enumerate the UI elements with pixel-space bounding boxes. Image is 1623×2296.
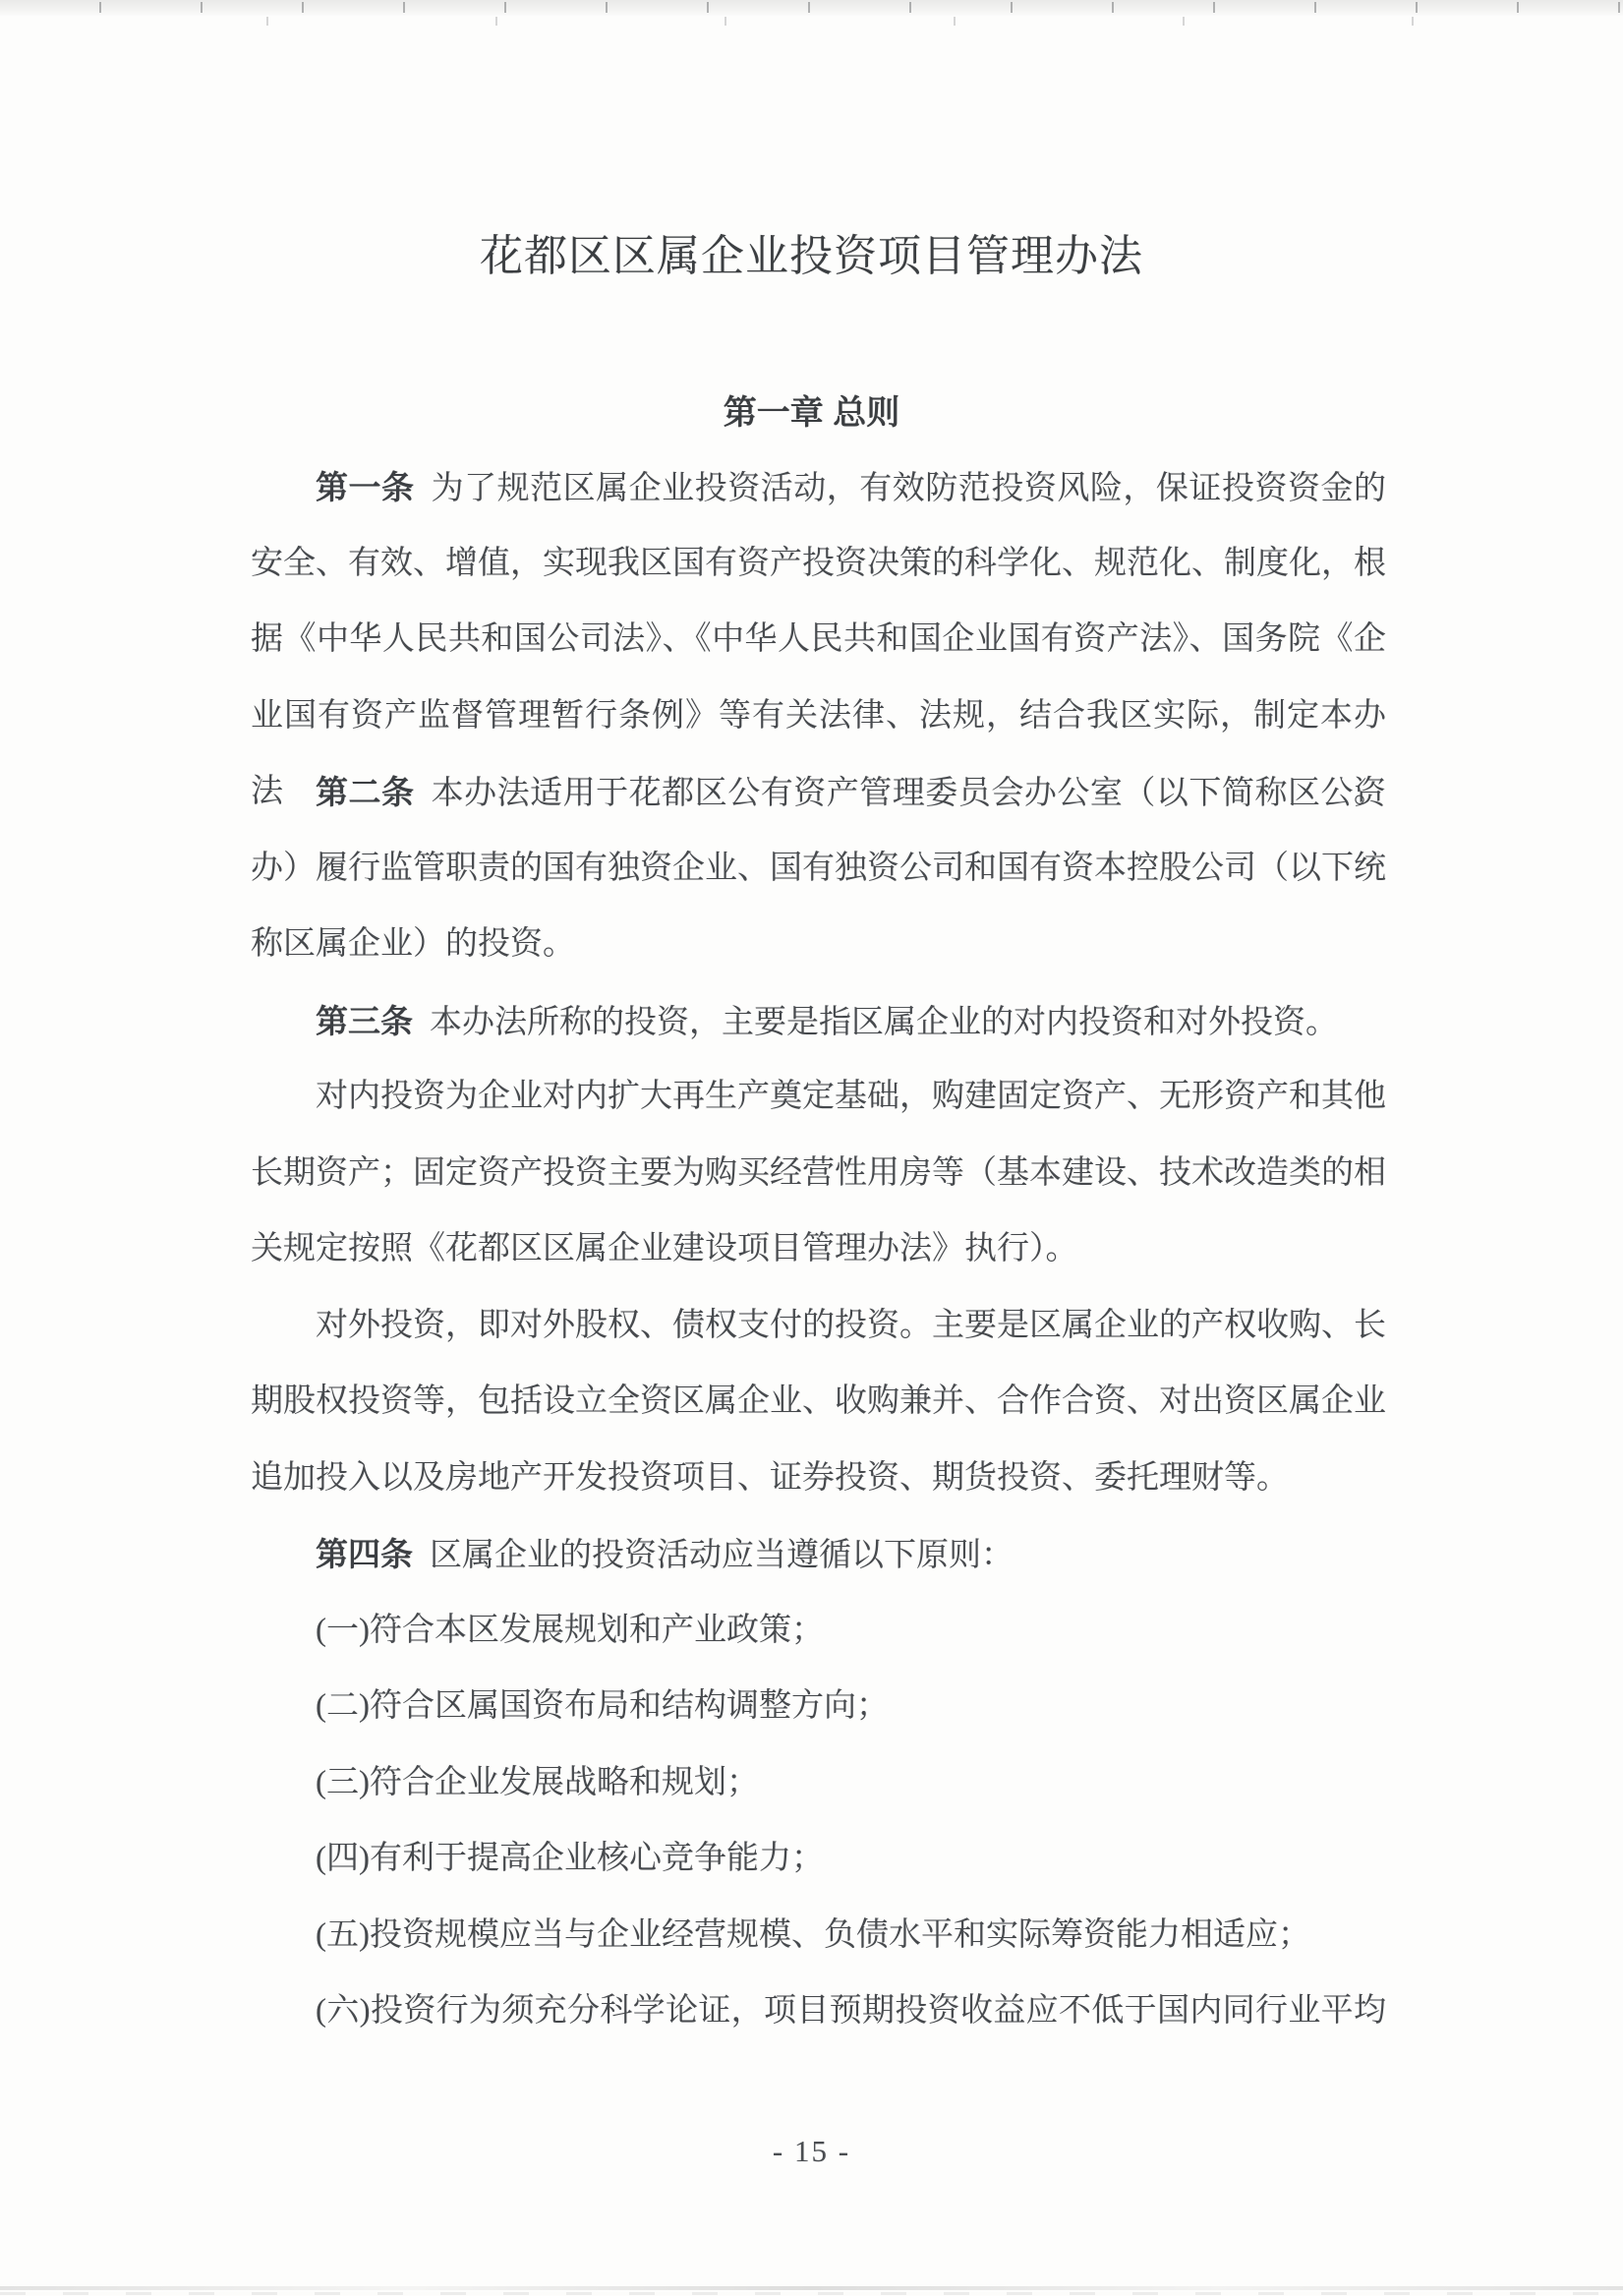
document-title: 花都区区属企业投资项目管理办法 [0,220,1623,283]
text-line: (三)符合企业发展战略和规划； [251,1745,1386,1822]
line-text: 本办法所称的投资，主要是指区属企业的对内投资和对外投资。 [430,1005,1338,1040]
scan-tick-marks-secondary [39,17,1581,26]
line-text: (四)有利于提高企业核心竞争能力； [316,1841,824,1876]
text-line: 期股权投资等，包括设立全资区属企业、收购兼并、合作合资、对出资区属企业 [251,1364,1386,1441]
line-text: (二)符合区属国资布局和结构调整方向； [316,1688,889,1724]
document-body: 第一条为了规范区属企业投资活动，有效防范投资风险，保证投资资金的安全、有效、增值… [251,449,1386,2050]
line-text: (三)符合企业发展战略和规划； [316,1765,759,1800]
line-text: (五)投资规模应当与企业经营规模、负债水平和实际筹资能力相适应； [316,1917,1310,1953]
text-line: 安全、有效、增值，实现我区国有资产投资决策的科学化、规范化、制度化，根 [251,526,1386,603]
text-line: 对内投资为企业对内扩大再生产奠定基础，购建固定资产、无形资产和其他 [251,1059,1386,1136]
line-text: 称区属企业）的投资。 [251,926,575,962]
text-line: 第一条为了规范区属企业投资活动，有效防范投资风险，保证投资资金的 [251,449,1386,526]
text-line: 关规定按照《花都区区属企业建设项目管理办法》执行）。 [251,1211,1386,1288]
scan-edge-artifact-bottom [0,2286,1623,2290]
line-text: 办）履行监管职责的国有独资企业、国有独资公司和国有资本控股公司（以下统 [251,851,1386,886]
text-line: 长期资产；固定资产投资主要为购买经营性用房等（基本建设、技术改造类的相 [251,1136,1386,1212]
text-line: 业国有资产监督管理暂行条例》等有关法律、法规，结合我区实际，制定本办法。 [251,678,1386,755]
article-number: 第一条 [316,469,415,505]
article-number: 第三条 [316,1003,413,1039]
text-line: 据《中华人民共和国公司法》、《中华人民共和国企业国有资产法》、国务院《企 [251,602,1386,678]
line-text: 对内投资为企业对内扩大再生产奠定基础，购建固定资产、无形资产和其他 [316,1079,1386,1114]
line-text: 区属企业的投资活动应当遵循以下原则： [430,1538,1014,1573]
text-line: 追加投入以及房地产开发投资项目、证券投资、期货投资、委托理财等。 [251,1441,1386,1517]
text-line: (五)投资规模应当与企业经营规模、负债水平和实际筹资能力相适应； [251,1898,1386,1974]
text-line: 称区属企业）的投资。 [251,907,1386,983]
line-text: 关规定按照《花都区区属企业建设项目管理办法》执行）。 [251,1231,1078,1266]
text-line: (六)投资行为须充分科学论证，项目预期投资收益应不低于国内同行业平均 [251,1973,1386,2050]
line-text: 期股权投资等，包括设立全资区属企业、收购兼并、合作合资、对出资区属企业 [251,1383,1386,1419]
line-text: 追加投入以及房地产开发投资项目、证券投资、期货投资、委托理财等。 [251,1460,1289,1496]
article-number: 第二条 [316,774,415,810]
line-text: 安全、有效、增值，实现我区国有资产投资决策的科学化、规范化、制度化，根 [251,546,1386,581]
line-text: 长期资产；固定资产投资主要为购买经营性用房等（基本建设、技术改造类的相 [251,1155,1386,1191]
text-line: 办）履行监管职责的国有独资企业、国有独资公司和国有资本控股公司（以下统 [251,831,1386,908]
line-text: (一)符合本区发展规划和产业政策； [316,1613,824,1648]
text-line: (二)符合区属国资布局和结构调整方向； [251,1669,1386,1745]
line-text: 据《中华人民共和国公司法》、《中华人民共和国企业国有资产法》、国务院《企 [251,621,1386,657]
page-number: - 15 - [0,2134,1623,2169]
line-text: 为了规范区属企业投资活动，有效防范投资风险，保证投资资金的 [432,471,1386,506]
line-text: 本办法适用于花都区公有资产管理委员会办公室（以下简称区公资 [432,776,1386,811]
scan-tick-marks [0,2,1623,13]
text-line: 第二条本办法适用于花都区公有资产管理委员会办公室（以下简称区公资 [251,754,1386,831]
document-page: 花都区区属企业投资项目管理办法 第一章 总则 第一条为了规范区属企业投资活动，有… [0,0,1623,2296]
text-line: (四)有利于提高企业核心竞争能力； [251,1821,1386,1898]
line-text: 对外投资，即对外股权、债权支付的投资。主要是区属企业的产权收购、长 [316,1308,1386,1343]
article-number: 第四条 [316,1536,413,1572]
text-line: 第四条区属企业的投资活动应当遵循以下原则： [251,1516,1386,1593]
scan-edge-artifact-top [0,0,1623,16]
line-text: (六)投资行为须充分科学论证，项目预期投资收益应不低于国内同行业平均 [316,1993,1386,2029]
text-line: 对外投资，即对外股权、债权支付的投资。主要是区属企业的产权收购、长 [251,1288,1386,1365]
chapter-heading: 第一章 总则 [0,385,1623,434]
text-line: (一)符合本区发展规划和产业政策； [251,1593,1386,1670]
text-line: 第三条本办法所称的投资，主要是指区属企业的对内投资和对外投资。 [251,983,1386,1060]
